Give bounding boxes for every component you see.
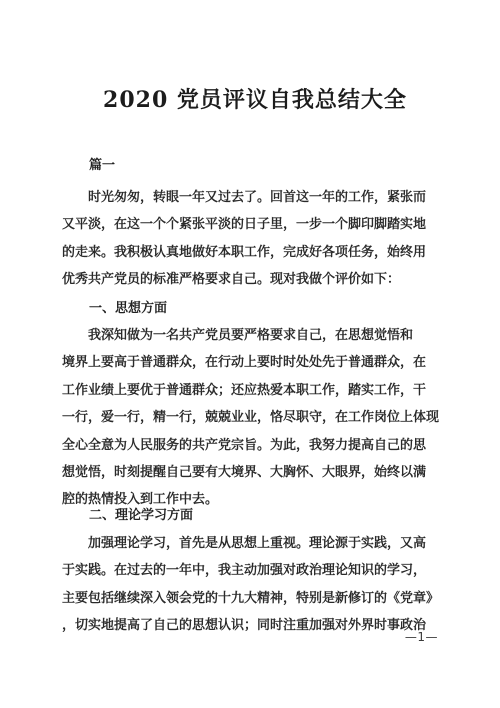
document-title: 2020 党员评议自我总结大全 xyxy=(62,83,448,114)
document-page: 2020 党员评议自我总结大全 篇一 时光匆匆，转眼一年又过去了。回首这一年的工… xyxy=(0,0,500,708)
paragraph-theory-study: 加强理论学习，首先是从思想上重视。理论源于实践，又高 于实践。在过去的一年中，我… xyxy=(62,530,454,640)
section-heading-theory-study: 二、理论学习方面 xyxy=(89,502,193,529)
paragraph-intro: 时光匆匆，转眼一年又过去了。回首这一年的工作，紧张而 又平淡，在这一个个紧张平淡… xyxy=(62,184,454,294)
paragraph-ideology: 我深知做为一名共产党员要严格要求自己，在思想觉悟和 境界上要高于普通群众，在行动… xyxy=(62,322,454,514)
page-number: —1— xyxy=(405,630,438,644)
section-heading-ideology: 一、思想方面 xyxy=(89,295,167,322)
article-label: 篇一 xyxy=(89,152,115,179)
